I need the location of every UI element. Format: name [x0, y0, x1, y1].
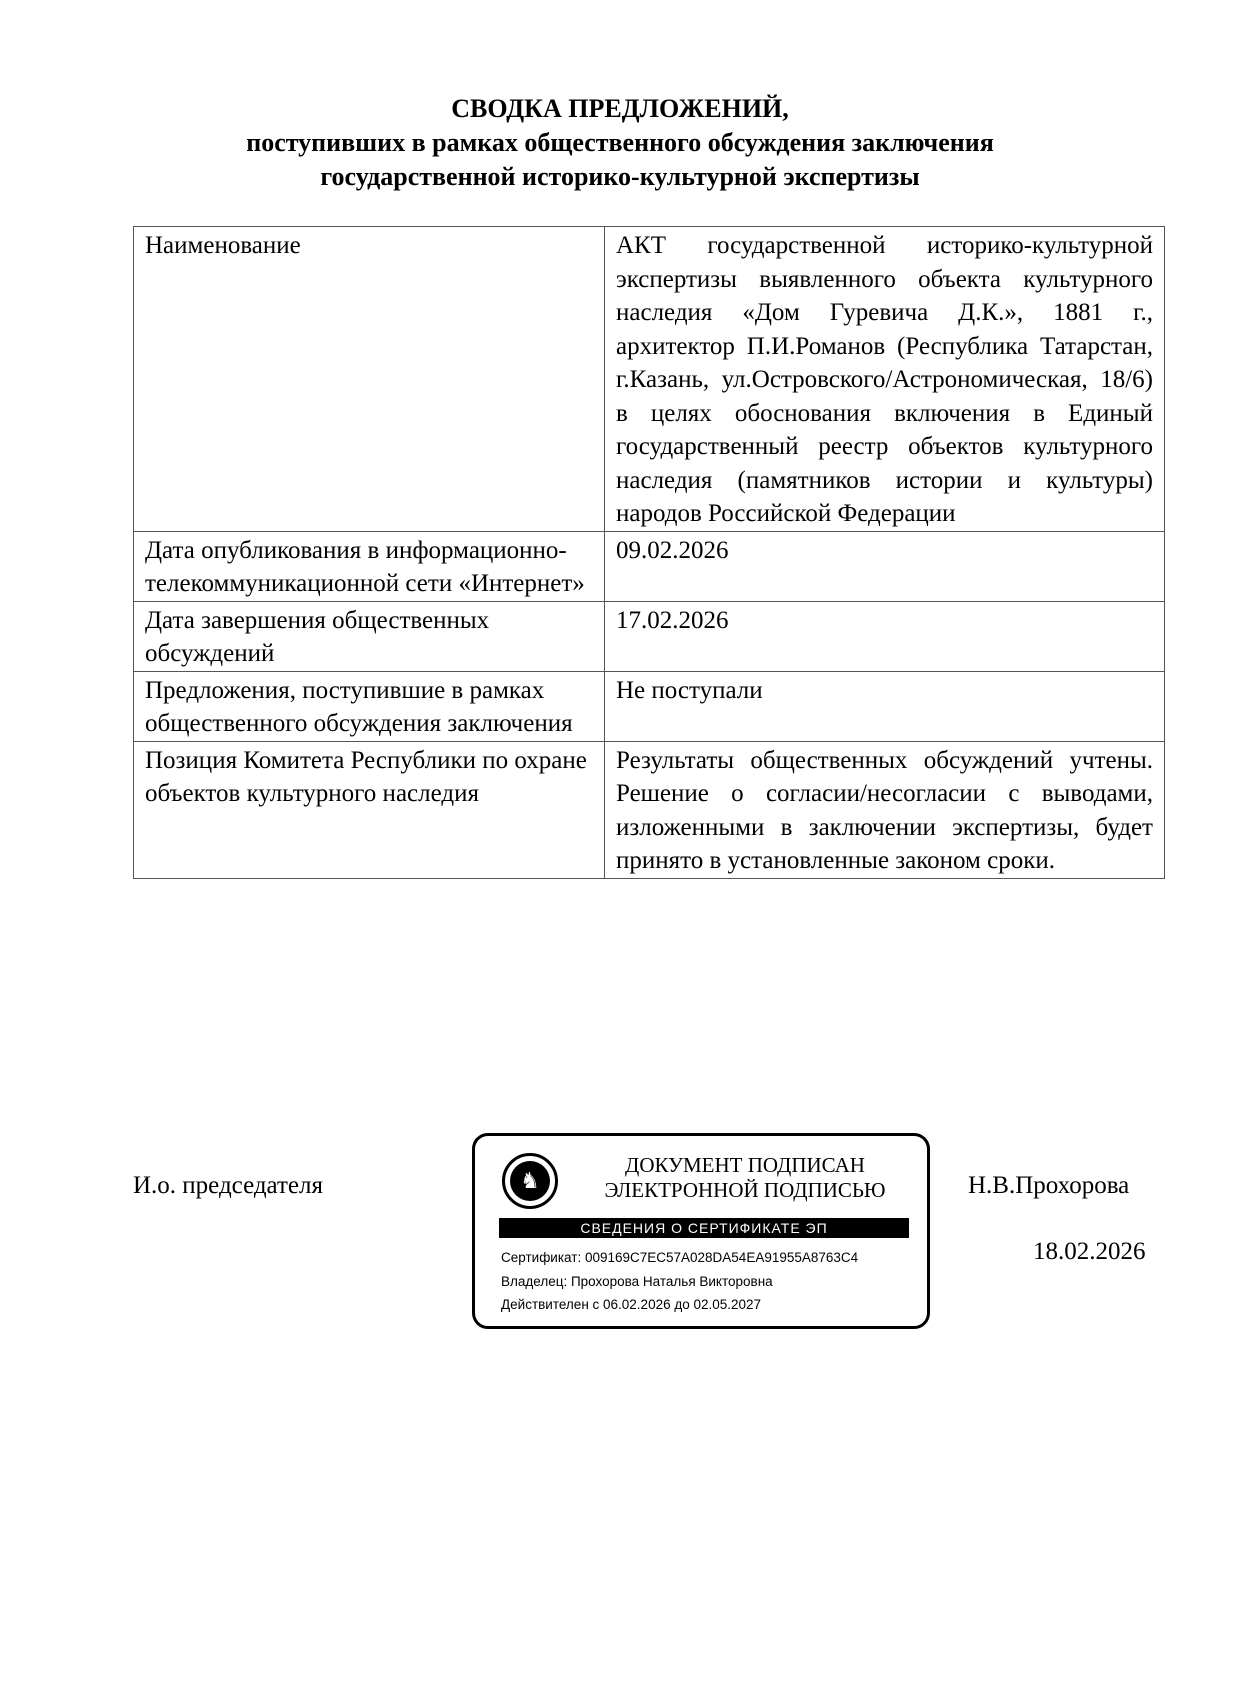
row-label: Дата опубликования в информационно-телек… [134, 531, 605, 601]
stamp-heading: ДОКУМЕНТ ПОДПИСАН ЭЛЕКТРОННОЙ ПОДПИСЬЮ [575, 1153, 915, 1203]
table-row: Наименование АКТ государственной историк… [134, 227, 1165, 532]
row-value: 17.02.2026 [605, 601, 1165, 671]
stamp-validity: Действителен с 06.02.2026 до 02.05.2027 [501, 1297, 761, 1312]
signature-date: 18.02.2026 [1033, 1238, 1146, 1266]
row-label: Наименование [134, 227, 605, 532]
table-row: Позиция Комитета Республики по охране об… [134, 741, 1165, 878]
row-value: Не поступали [605, 671, 1165, 741]
summary-table: Наименование АКТ государственной историк… [133, 226, 1165, 879]
stamp-owner: Владелец: Прохорова Наталья Викторовна [501, 1274, 773, 1289]
signatory-name: Н.В.Прохорова [968, 1172, 1129, 1200]
electronic-signature-stamp: ♞ ДОКУМЕНТ ПОДПИСАН ЭЛЕКТРОННОЙ ПОДПИСЬЮ… [472, 1133, 930, 1329]
row-value: 09.02.2026 [605, 531, 1165, 601]
stamp-certificate-number: Сертификат: 009169C7EC57A028DA54EA91955A… [501, 1250, 858, 1265]
document-title-block: СВОДКА ПРЕДЛОЖЕНИЙ, поступивших в рамках… [0, 92, 1241, 194]
document-title: СВОДКА ПРЕДЛОЖЕНИЙ, [0, 92, 1241, 126]
signatory-position: И.о. председателя [133, 1172, 323, 1200]
stamp-certificate-bar: СВЕДЕНИЯ О СЕРТИФИКАТЕ ЭП [499, 1218, 909, 1238]
row-label: Позиция Комитета Республики по охране об… [134, 741, 605, 878]
table-row: Предложения, поступившие в рамках общест… [134, 671, 1165, 741]
tatarstan-emblem-icon: ♞ [502, 1153, 558, 1209]
document-subtitle-line-2: государственной историко-культурной эксп… [0, 160, 1241, 194]
row-value: Результаты общественных обсуждений учтен… [605, 741, 1165, 878]
table-row: Дата опубликования в информационно-телек… [134, 531, 1165, 601]
table-row: Дата завершения общественных обсуждений … [134, 601, 1165, 671]
row-label: Предложения, поступившие в рамках общест… [134, 671, 605, 741]
row-label: Дата завершения общественных обсуждений [134, 601, 605, 671]
document-subtitle-line-1: поступивших в рамках общественного обсуж… [0, 126, 1241, 160]
row-value: АКТ государственной историко-культурной … [605, 227, 1165, 532]
